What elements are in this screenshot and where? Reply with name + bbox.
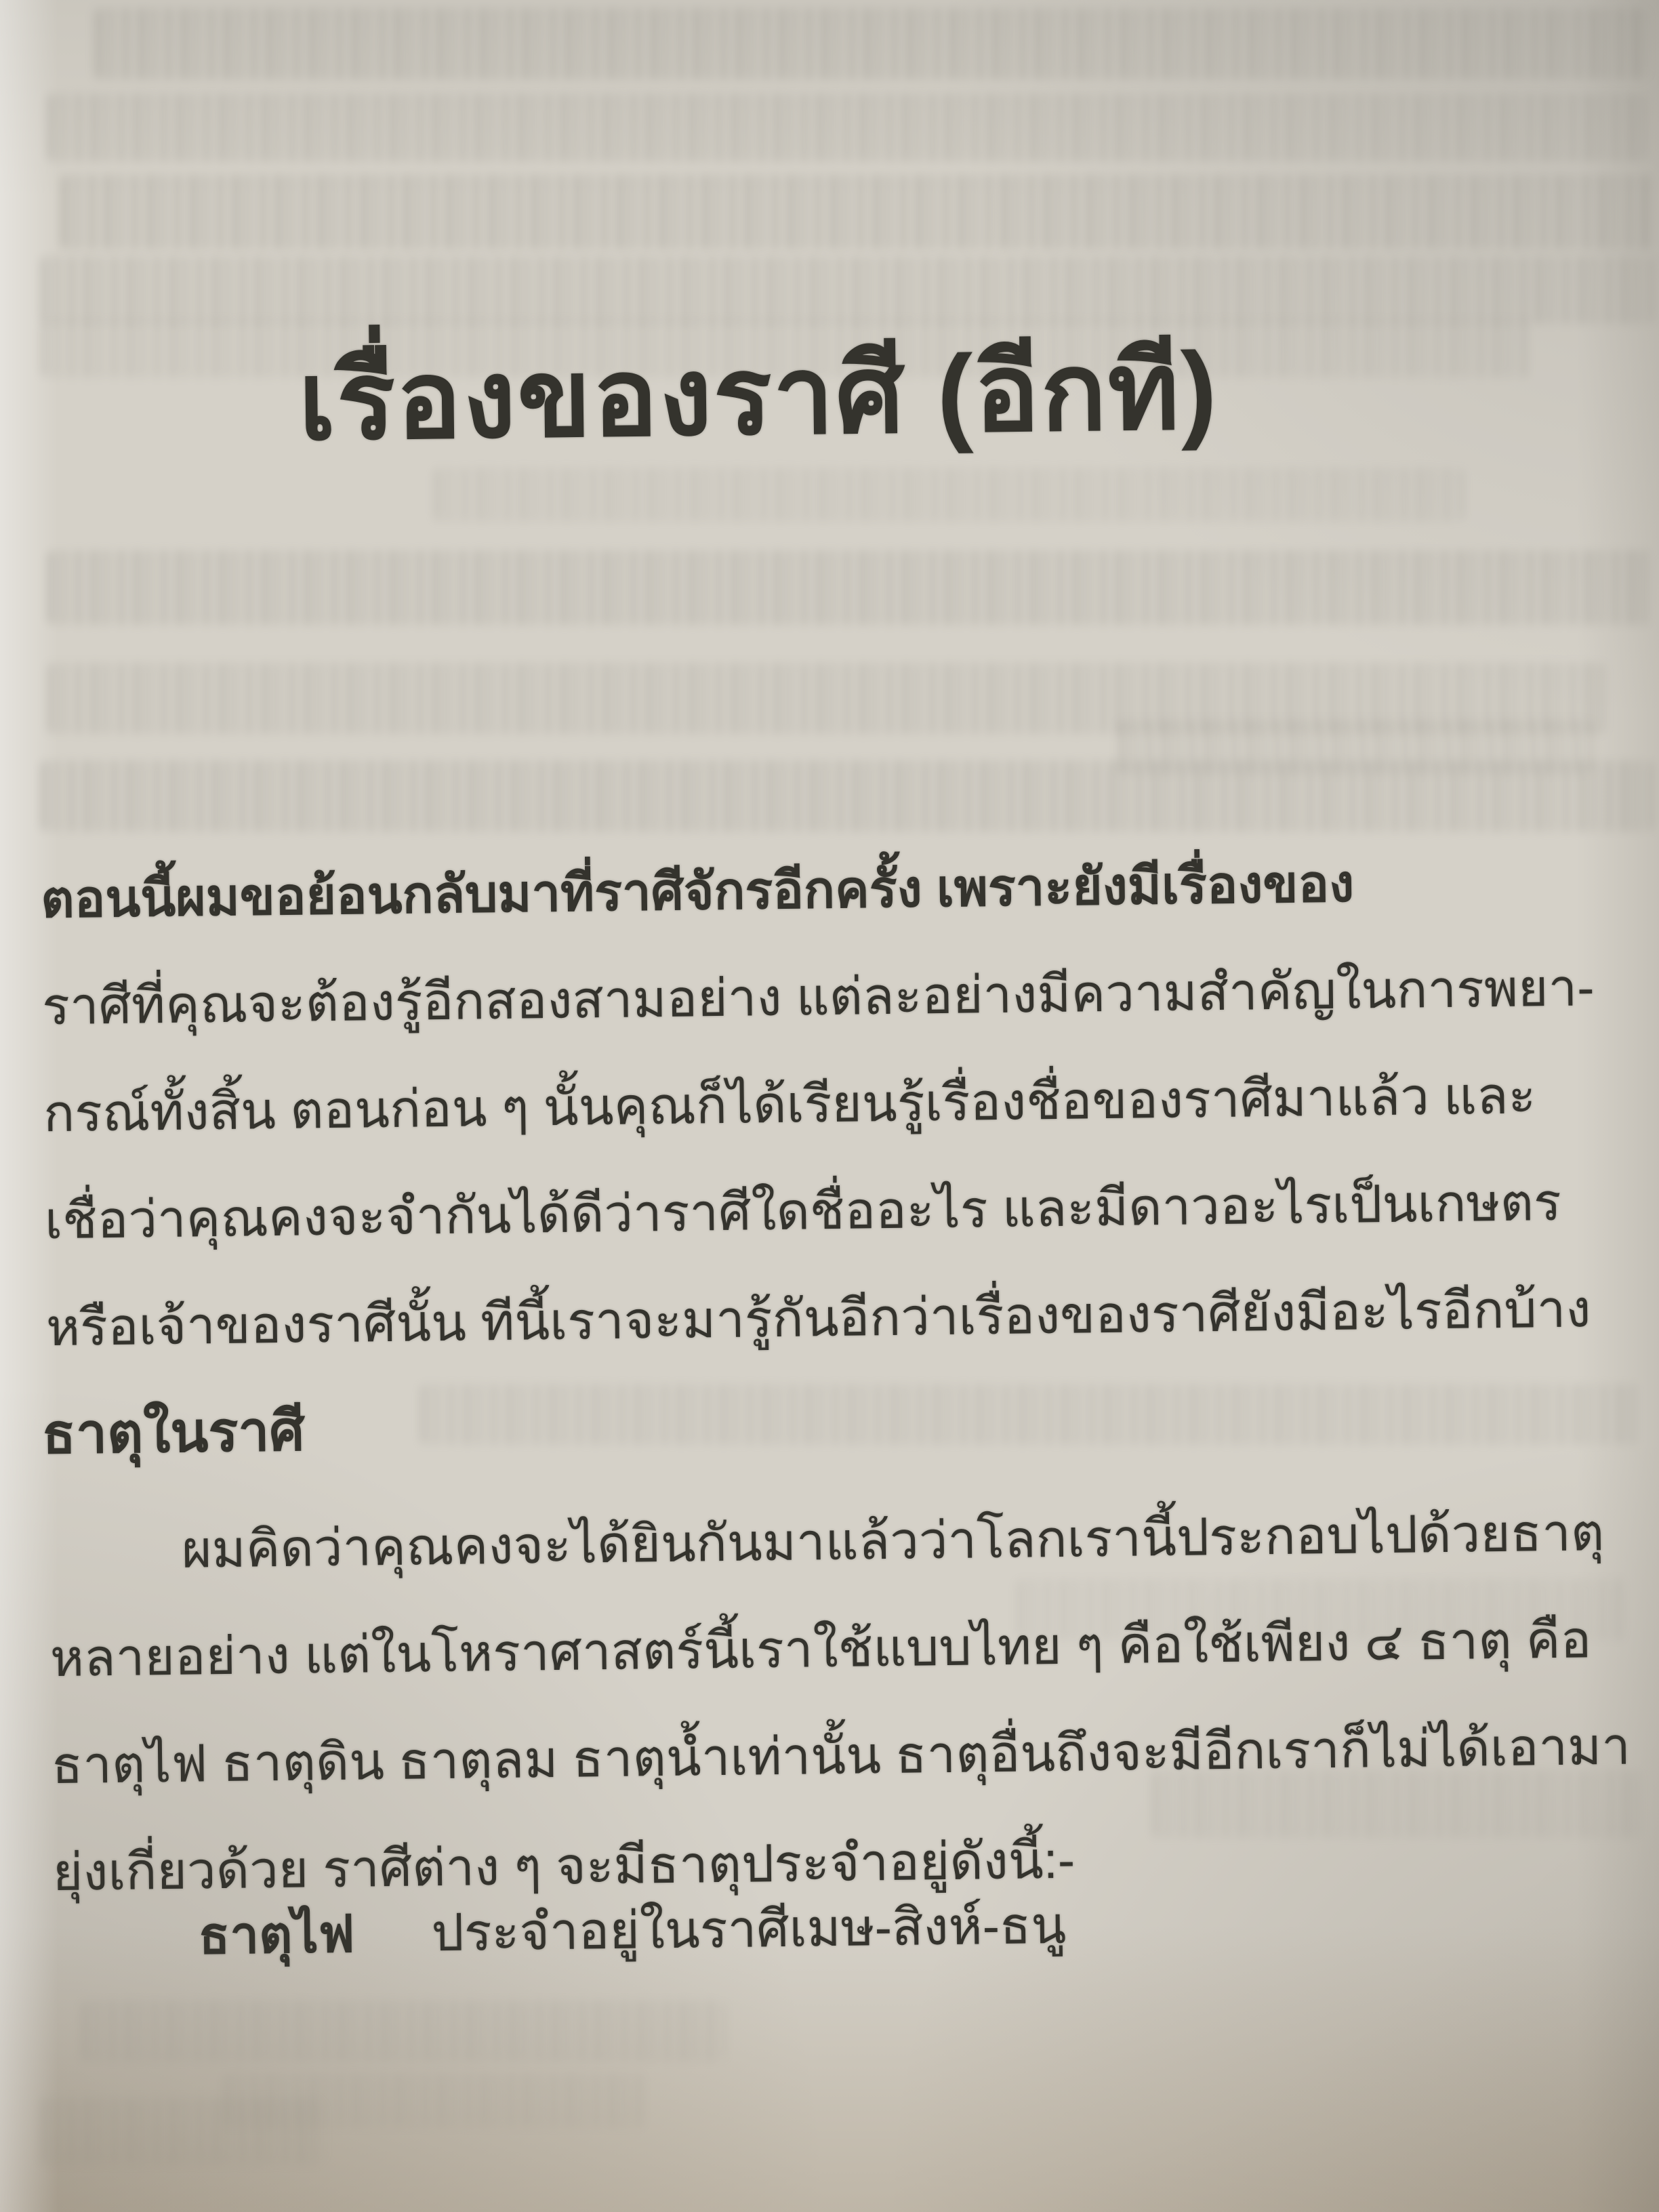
- elements-body-line: ธาตุไฟ ธาตุดิน ธาตุลม ธาตุน้ำเท่านั้น ธา…: [51, 1694, 1624, 1820]
- intro-body-line: กรณ์ทั้งสิ้น ตอนก่อน ๆ นั้นคุณก็ได้เรียน…: [43, 1042, 1616, 1168]
- intro-body-line: เชื่อว่าคุณคงจะจำกันได้ดีว่าราศีใดชื่ออะ…: [44, 1149, 1618, 1275]
- section-heading-elements-in-zodiac: ธาตุในราศี: [41, 1387, 305, 1479]
- element-term: ธาตุไฟ: [198, 1906, 354, 1965]
- elements-paragraph: ผมคิดว่าคุณคงจะได้ยินกันมาแล้วว่าโลกเราน…: [48, 1479, 1626, 1927]
- intro-paragraph: ตอนนี้ผมขอย้อนกลับมาที่ราศีจักรอีกครั้ง …: [40, 827, 1618, 1382]
- fire-element-entry: ธาตุไฟ ประจำอยู่ในราศีเมษ-สิงห์-ธนู: [53, 1866, 1626, 1992]
- intro-lead-line: ตอนนี้ผมขอย้อนกลับมาที่ราศีจักรอีกครั้ง …: [40, 827, 1614, 954]
- printed-text-layer: เรื่องของราศี (อีกที) ตอนนี้ผมขอย้อนกลับ…: [0, 0, 1659, 2212]
- elements-body-line: ผมคิดว่าคุณคงจะได้ยินกันมาแล้วว่าโลกเราน…: [48, 1479, 1622, 1605]
- element-definition: ประจำอยู่ในราศีเมษ-สิงห์-ธนู: [431, 1897, 1067, 1962]
- intro-body-line: หรือเจ้าของราศีนั้น ทีนี้เราจะมารู้กันอี…: [45, 1256, 1619, 1382]
- page-title: เรื่องของราศี (อีกที): [298, 304, 1219, 487]
- book-page-photo: เรื่องของราศี (อีกที) ตอนนี้ผมขอย้อนกลับ…: [0, 0, 1659, 2212]
- elements-body-line: หลายอย่าง แต่ในโหราศาสตร์นี้เราใช้แบบไทย…: [49, 1586, 1623, 1713]
- intro-body-line: ราศีที่คุณจะต้องรู้อีกสองสามอย่าง แต่ละอ…: [41, 935, 1615, 1061]
